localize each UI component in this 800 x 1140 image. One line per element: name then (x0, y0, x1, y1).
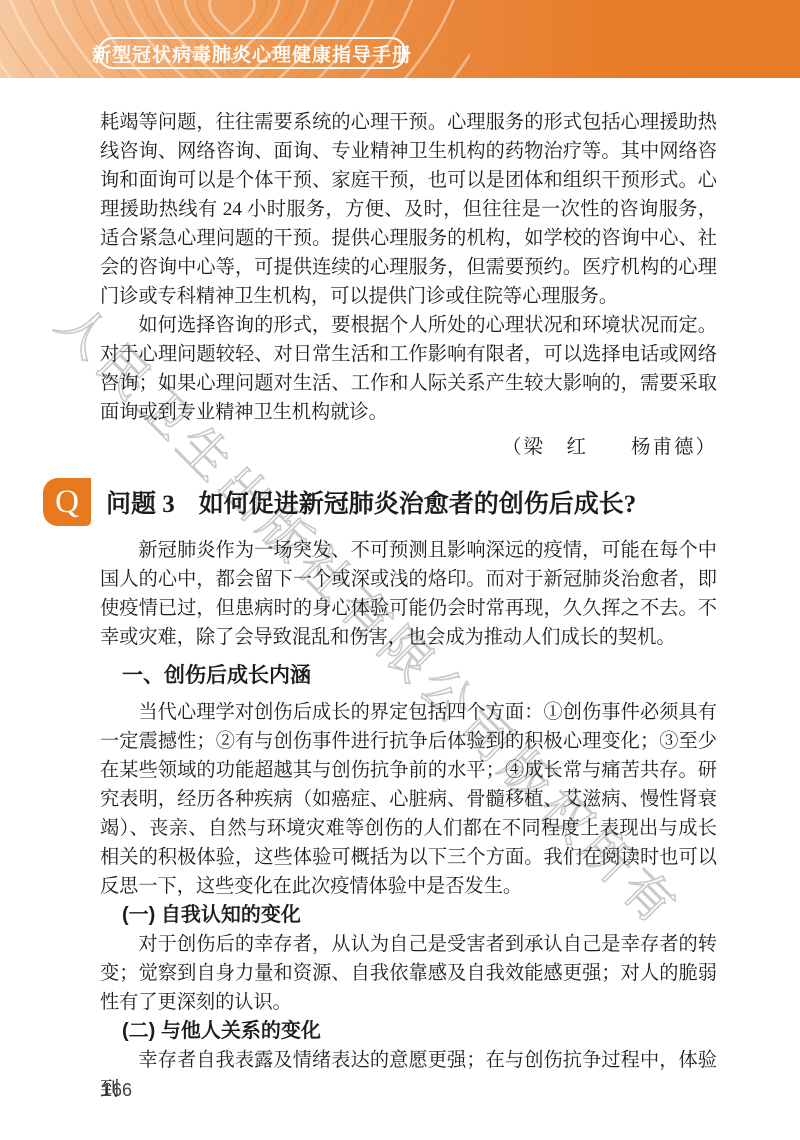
paragraph-ptg-definition: 当代心理学对创伤后成长的界定包括四个方面：①创伤事件必须具有一定震撼性；②有与创… (100, 698, 717, 901)
subheading-relationship-change: (二) 与他人关系的变化 (100, 1017, 717, 1046)
question-heading-row: Q 问题 3如何促进新冠肺炎治愈者的创伤后成长? (43, 478, 717, 526)
section-heading-ptg-connotation: 一、创伤后成长内涵 (100, 662, 717, 690)
handbook-title-badge: 新型冠状病毒肺炎心理健康指导手册 (98, 37, 406, 69)
subheading-self-cognition-change: (一) 自我认知的变化 (100, 901, 717, 930)
header-band: 新型冠状病毒肺炎心理健康指导手册 (0, 0, 800, 78)
paragraph-psych-services: 耗竭等问题，往往需要系统的心理干预。心理服务的形式包括心理援助热线咨询、网络咨询… (100, 108, 717, 311)
page-content: 耗竭等问题，往往需要系统的心理干预。心理服务的形式包括心理援助热线咨询、网络咨询… (100, 108, 717, 1104)
paragraph-covid-intro: 新冠肺炎作为一场突发、不可预测且影响深远的疫情，可能在每个中国人的心中，都会留下… (100, 536, 717, 652)
question-title-text: 如何促进新冠肺炎治愈者的创伤后成长? (199, 491, 637, 518)
authors-attribution: （梁 红 杨甫德） (100, 433, 717, 462)
question-title: 问题 3如何促进新冠肺炎治愈者的创伤后成长? (106, 484, 636, 520)
paragraph-choosing-counseling: 如何选择咨询的形式，要根据个人所处的心理状况和环境状况而定。对于心理问题较轻、对… (100, 311, 717, 427)
paragraph-relationship: 幸存者自我表露及情绪表达的意愿更强；在与创伤抗争过程中，体验到 (100, 1046, 717, 1104)
question-number-label: 问题 3 (106, 491, 175, 518)
paragraph-self-cognition: 对于创伤后的幸存者，从认为自己是受害者到承认自己是幸存者的转变；觉察到自身力量和… (100, 930, 717, 1017)
page-number: 166 (102, 1080, 132, 1101)
question-q-icon: Q (43, 478, 91, 526)
